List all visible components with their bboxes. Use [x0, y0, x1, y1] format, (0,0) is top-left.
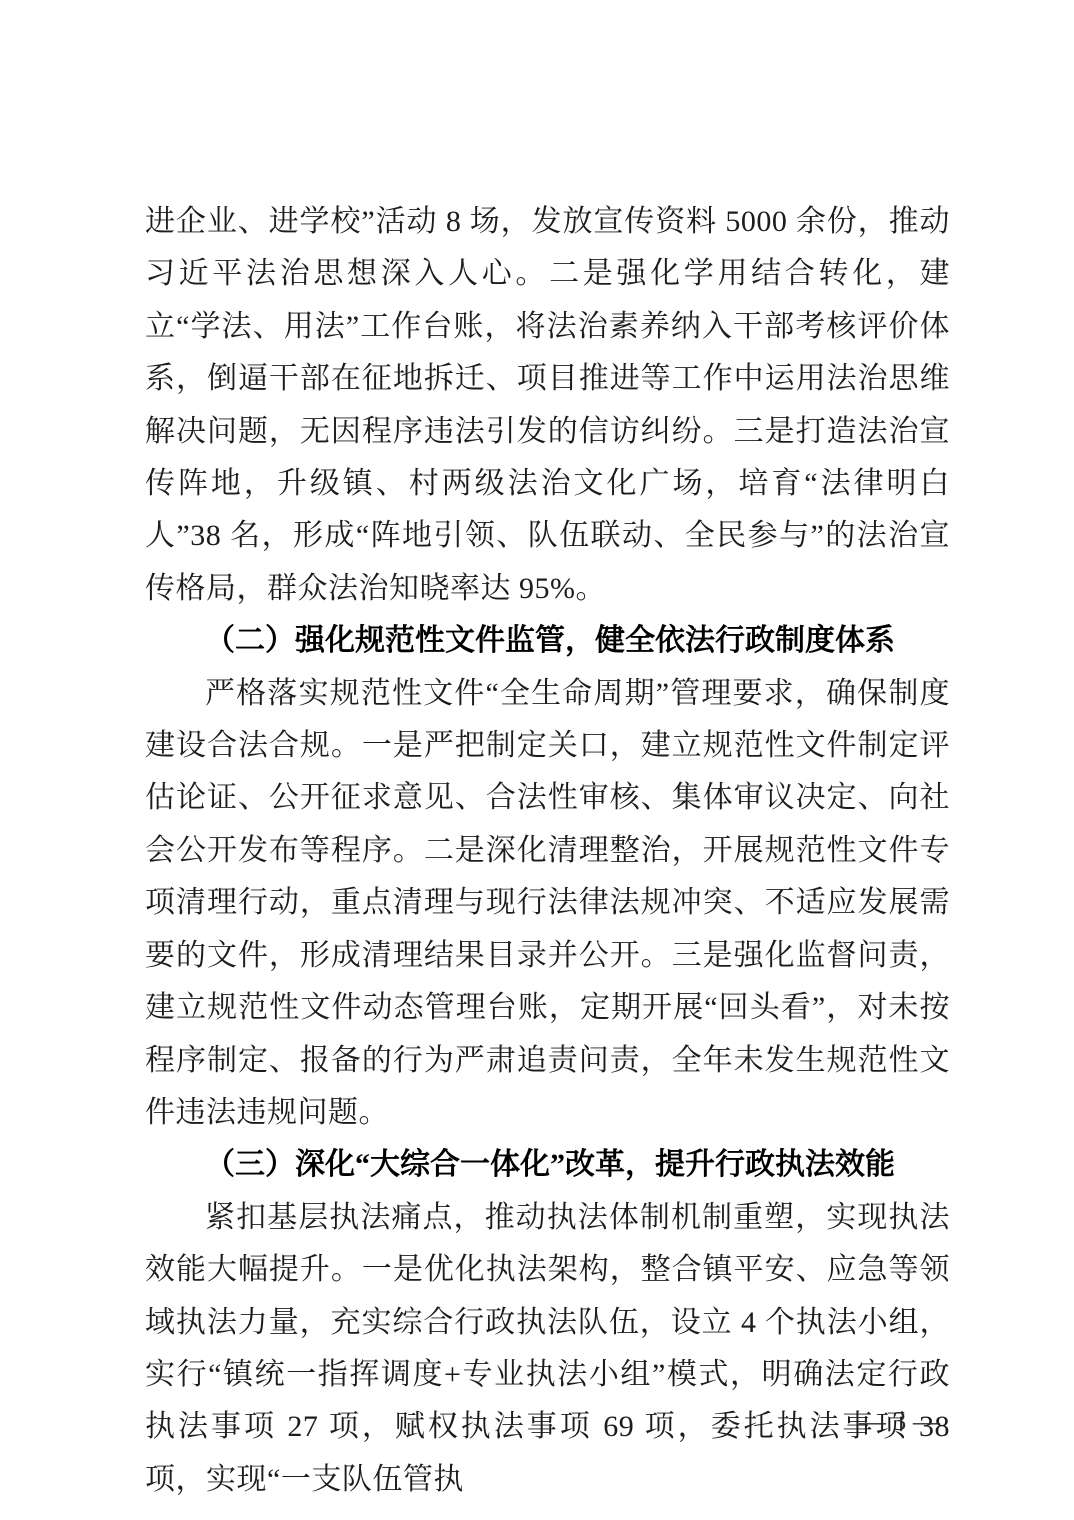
document-page: 进企业、进学校”活动 8 场，发放宣传资料 5000 余份，推动习近平法治思想深… — [0, 0, 1074, 1520]
page-number: — 3 — — [859, 1406, 940, 1436]
section-heading-3: （三）深化“大综合一体化”改革，提升行政执法效能 — [145, 1139, 950, 1191]
document-body: 进企业、进学校”活动 8 场，发放宣传资料 5000 余份，推动习近平法治思想深… — [145, 196, 950, 1506]
paragraph-section-3: 紧扣基层执法痛点，推动执法体制机制重塑，实现执法效能大幅提升。一是优化执法架构，… — [145, 1192, 950, 1506]
section-heading-2: （二）强化规范性文件监管，健全依法行政制度体系 — [145, 615, 950, 667]
paragraph-section-2: 严格落实规范性文件“全生命周期”管理要求，确保制度建设合法合规。一是严把制定关口… — [145, 668, 950, 1140]
paragraph-continuation: 进企业、进学校”活动 8 场，发放宣传资料 5000 余份，推动习近平法治思想深… — [145, 196, 950, 615]
